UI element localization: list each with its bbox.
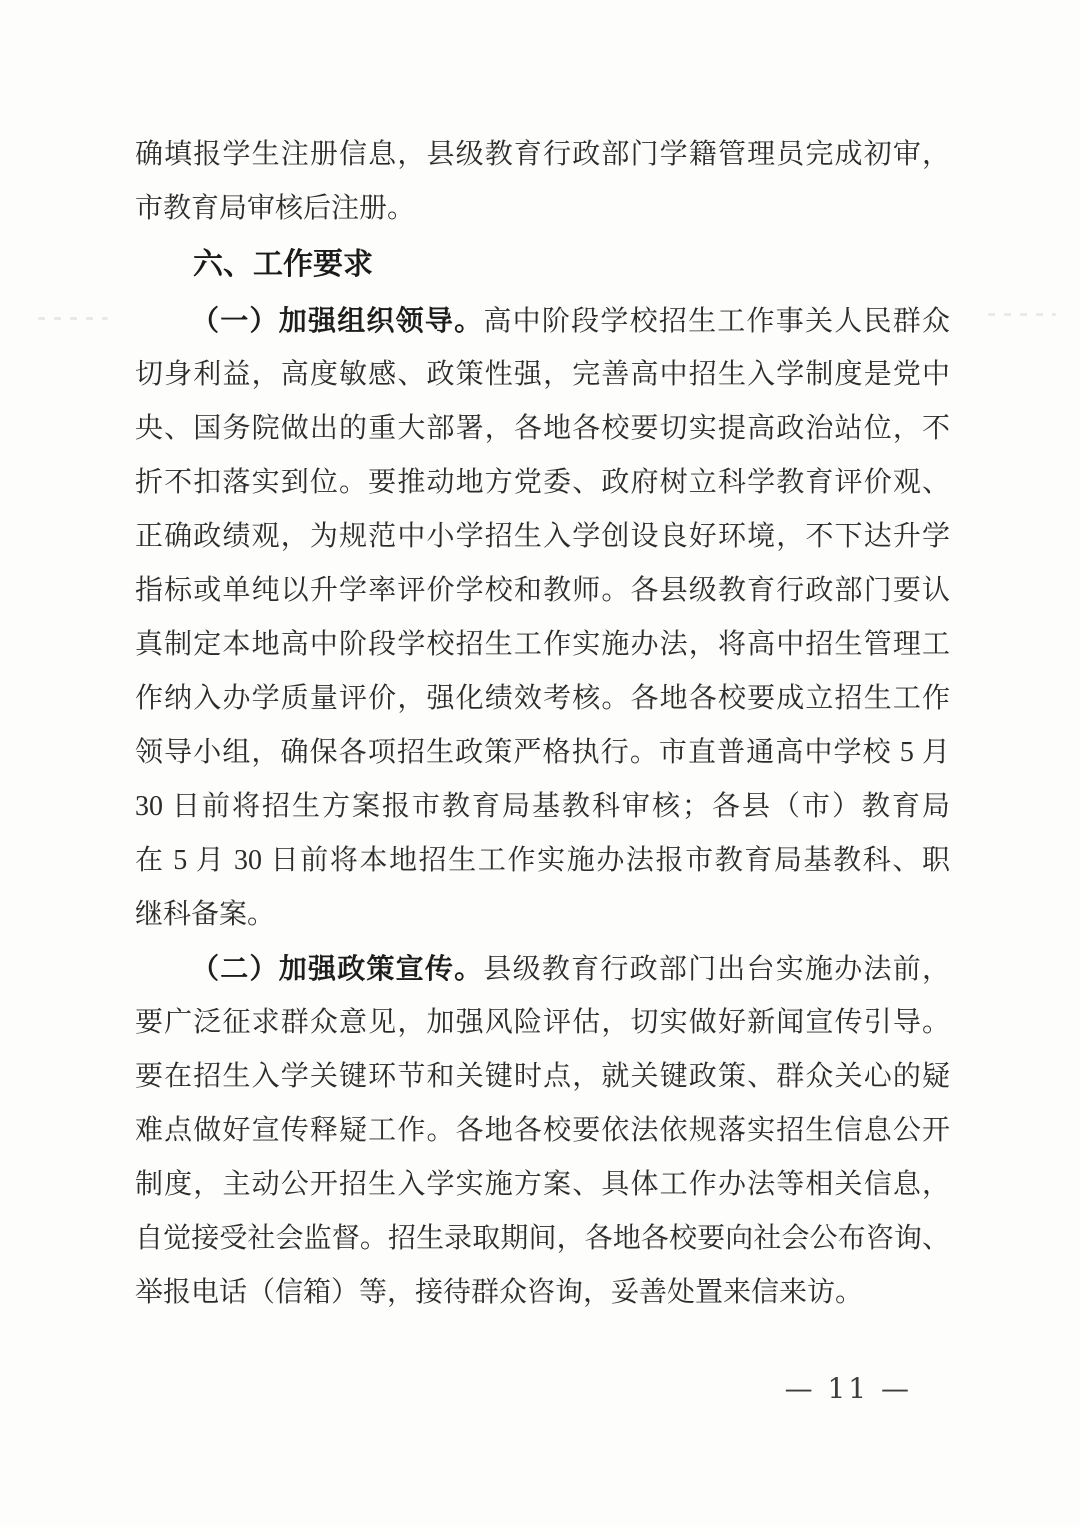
text-line: 要在招生入学关键环节和关键时点，就关键政策、群众关心的疑 [135, 1050, 950, 1104]
text-line: 制度，主动公开招生入学实施方案、具体工作办法等相关信息， [135, 1158, 950, 1212]
text-line: 正确政绩观，为规范中小学招生入学创设良好环境，不下达升学 [135, 510, 950, 564]
scan-artifact-right [988, 313, 1056, 316]
scan-artifact-left [38, 317, 108, 320]
text-line: （一）加强组织领导。高中阶段学校招生工作事关人民群众 [135, 294, 950, 348]
text-line: 领导小组，确保各项招生政策严格执行。市直普通高中学校 5 月 [135, 726, 950, 780]
paragraph-two-lead: （二）加强政策宣传。 [191, 953, 483, 984]
text-line: 举报电话（信箱）等，接待群众咨询，妥善处置来信来访。 [135, 1266, 950, 1320]
text-line: 切身利益，高度敏感、政策性强，完善高中招生入学制度是党中 [135, 348, 950, 402]
paragraph-two-first-rest: 县级教育行政部门出台实施办法前， [483, 954, 950, 985]
paragraph-intro: 确填报学生注册信息，县级教育行政部门学籍管理员完成初审， 市教育局审核后注册。 [135, 128, 950, 236]
text-line: 折不扣落实到位。要推动地方党委、政府树立科学教育评价观、 [135, 456, 950, 510]
section-heading: 六、工作要求 [135, 236, 950, 294]
paragraph-one-lead: （一）加强组织领导。 [191, 305, 483, 336]
text-line: 自觉接受社会监督。招生录取期间，各地各校要向社会公布咨询、 [135, 1212, 950, 1266]
text-line: 市教育局审核后注册。 [135, 182, 950, 236]
paragraph-one-first-rest: 高中阶段学校招生工作事关人民群众 [483, 306, 950, 337]
document-body: 确填报学生注册信息，县级教育行政部门学籍管理员完成初审， 市教育局审核后注册。 … [135, 128, 950, 1320]
text-line: 在 5 月 30 日前将本地招生工作实施办法报市教育局基教科、职 [135, 834, 950, 888]
text-line: 真制定本地高中阶段学校招生工作实施办法，将高中招生管理工 [135, 618, 950, 672]
text-line: 作纳入办学质量评价，强化绩效考核。各地各校要成立招生工作 [135, 672, 950, 726]
text-line: 确填报学生注册信息，县级教育行政部门学籍管理员完成初审， [135, 128, 950, 182]
text-line: 央、国务院做出的重大部署，各地各校要切实提高政治站位，不 [135, 402, 950, 456]
text-line: 继科备案。 [135, 888, 950, 942]
text-line: 要广泛征求群众意见，加强风险评估，切实做好新闻宣传引导。 [135, 996, 950, 1050]
text-line: 30 日前将招生方案报市教育局基教科审核；各县（市）教育局 [135, 780, 950, 834]
text-line: 指标或单纯以升学率评价学校和教师。各县级教育行政部门要认 [135, 564, 950, 618]
paragraph-one: （一）加强组织领导。高中阶段学校招生工作事关人民群众 切身利益，高度敏感、政策性… [135, 294, 950, 942]
text-line: 难点做好宣传释疑工作。各地各校要依法依规落实招生信息公开 [135, 1104, 950, 1158]
paragraph-two: （二）加强政策宣传。县级教育行政部门出台实施办法前， 要广泛征求群众意见，加强风… [135, 942, 950, 1320]
text-line: （二）加强政策宣传。县级教育行政部门出台实施办法前， [135, 942, 950, 996]
document-page: 确填报学生注册信息，县级教育行政部门学籍管理员完成初审， 市教育局审核后注册。 … [0, 0, 1080, 1527]
page-number: — 11 — [785, 1372, 912, 1405]
